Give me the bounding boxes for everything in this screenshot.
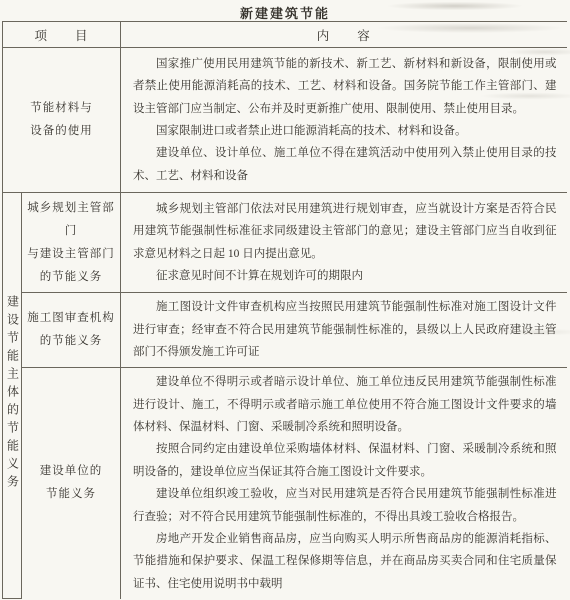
header-row: 项 目 内 容 [3, 22, 567, 48]
label-planning-departments: 城乡规划主管部门 与建设主管部门 的节能义务 [22, 193, 121, 293]
paragraph: 建设单位组织竣工验收，应当对民用建筑是否符合民用建筑节能强制性标准进行查验；对不… [133, 483, 557, 528]
page-title: 新建建筑节能 [0, 0, 570, 21]
paragraph: 施工图设计文件审查机构应当按照民用建筑节能强制性标准对施工图设计文件进行审查；经… [133, 296, 557, 363]
group-label-cell: 建设节能主体的节能义务 [3, 193, 22, 599]
paragraph: 建设单位、设计单位、施工单位不得在建筑活动中使用列入禁止使用目录的技术、工艺、材… [133, 142, 557, 187]
header-content-cell: 内 容 [121, 22, 567, 48]
row-construction-unit: 建设单位的 节能义务 建设单位不得明示或者暗示设计单位、施工单位违反民用建筑节能… [3, 368, 567, 599]
label-energy-materials: 节能材料与 设备的使用 [3, 48, 121, 193]
paragraph: 城乡规划主管部门依法对民用建筑进行规划审查，应当就设计方案是否符合民用建筑节能强… [133, 198, 557, 265]
paragraph: 房地产开发企业销售商品房，应当向购买人明示所售商品房的能源消耗指标、节能措施和保… [133, 528, 557, 595]
content-energy-materials: 国家推广使用民用建筑节能的新技术、新工艺、新材料和新设备，限制使用或者禁止使用能… [121, 48, 567, 193]
content-drawing-review: 施工图设计文件审查机构应当按照民用建筑节能强制性标准对施工图设计文件进行审查；经… [121, 293, 567, 368]
paragraph: 按照合同约定由建设单位采购墙体材料、保温材料、门窗、采暖制冷系统和照明设备的，建… [133, 438, 557, 483]
content-planning-departments: 城乡规划主管部门依法对民用建筑进行规划审查，应当就设计方案是否符合民用建筑节能强… [121, 193, 567, 293]
header-item-cell: 项 目 [3, 22, 121, 48]
paragraph: 建设单位不得明示或者暗示设计单位、施工单位违反民用建筑节能强制性标准进行设计、施… [133, 371, 557, 438]
group-label: 建设节能主体的节能义务 [4, 295, 21, 493]
label-drawing-review: 施工图审查机构 的节能义务 [22, 293, 121, 368]
row-planning-departments: 建设节能主体的节能义务 城乡规划主管部门 与建设主管部门 的节能义务 城乡规划主… [3, 193, 567, 293]
paragraph: 征求意见时间不计算在规划许可的期限内 [133, 265, 557, 287]
paragraph: 国家推广使用民用建筑节能的新技术、新工艺、新材料和新设备，限制使用或者禁止使用能… [133, 53, 557, 120]
label-construction-unit: 建设单位的 节能义务 [22, 368, 121, 599]
energy-table: 项 目 内 容 节能材料与 设备的使用 国家推广使用民用建筑节能的新技术、新工艺… [2, 21, 567, 599]
paragraph: 国家限制进口或者禁止进口能源消耗高的技术、材料和设备。 [133, 120, 557, 142]
row-drawing-review: 施工图审查机构 的节能义务 施工图设计文件审查机构应当按照民用建筑节能强制性标准… [3, 293, 567, 368]
row-energy-materials: 节能材料与 设备的使用 国家推广使用民用建筑节能的新技术、新工艺、新材料和新设备… [3, 48, 567, 193]
content-construction-unit: 建设单位不得明示或者暗示设计单位、施工单位违反民用建筑节能强制性标准进行设计、施… [121, 368, 567, 599]
